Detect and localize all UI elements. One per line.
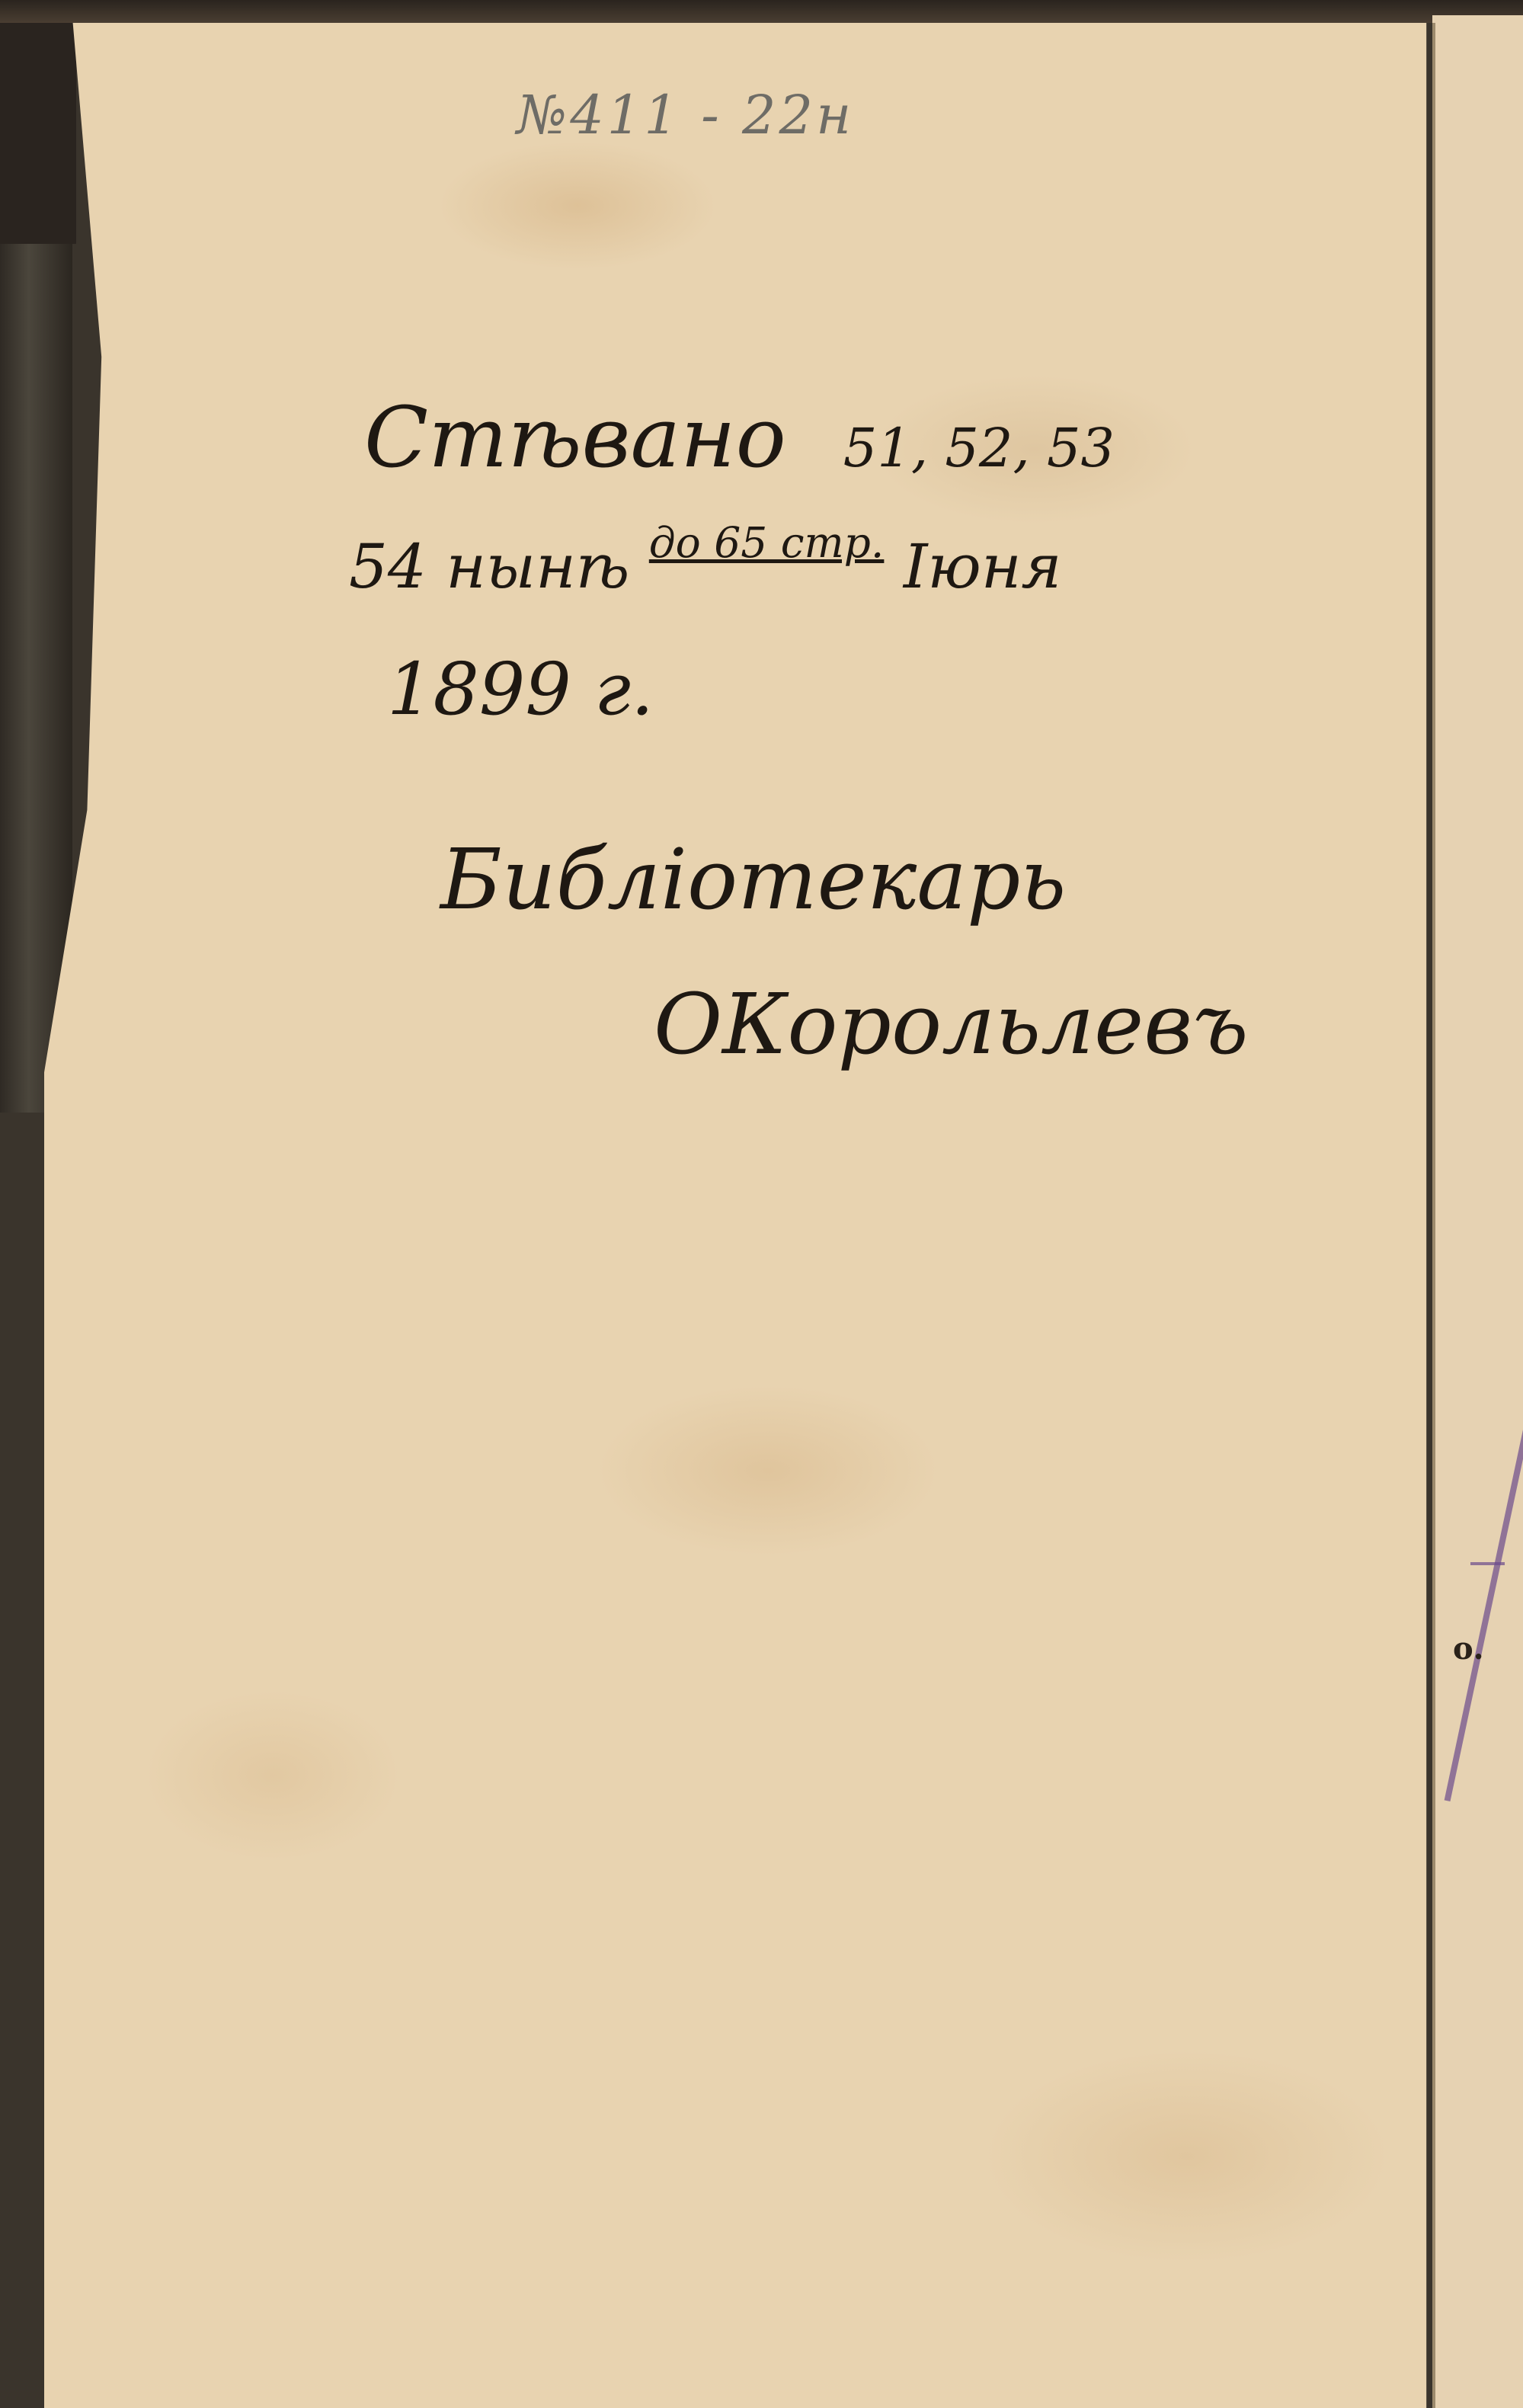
page-edge-fold xyxy=(1432,23,1435,2408)
inscription-line-1: Стѣвано 51, 52, 53 xyxy=(364,389,1115,486)
underlying-page-text: о. xyxy=(1453,1631,1484,1667)
purple-stamp-line xyxy=(1470,1562,1505,1565)
inscription-year: 1899 г. xyxy=(387,648,654,732)
underlying-page xyxy=(1432,15,1523,2408)
signature-title: Библіотекарь xyxy=(440,831,1066,928)
pencil-shelfmark: №411 - 22н xyxy=(517,84,854,146)
inscription-numbers: 51, 52, 53 xyxy=(843,417,1115,479)
inscription-insert: до 65 стр. xyxy=(649,518,885,567)
flyleaf-page: №411 - 22н Стѣвано 51, 52, 53 54 нынѣ до… xyxy=(44,23,1477,2408)
inscription-line-2: 54 нынѣ до 65 стр. Іюня xyxy=(349,518,1062,602)
book-binding-top xyxy=(0,0,1523,23)
inscription-word: 54 нынѣ xyxy=(349,531,629,602)
inscription-month: Іюня xyxy=(904,531,1062,602)
signature-name: ОКорольлевъ xyxy=(654,975,1249,1073)
inscription-word: Стѣвано xyxy=(364,389,786,486)
spine-dark-block xyxy=(0,23,76,244)
